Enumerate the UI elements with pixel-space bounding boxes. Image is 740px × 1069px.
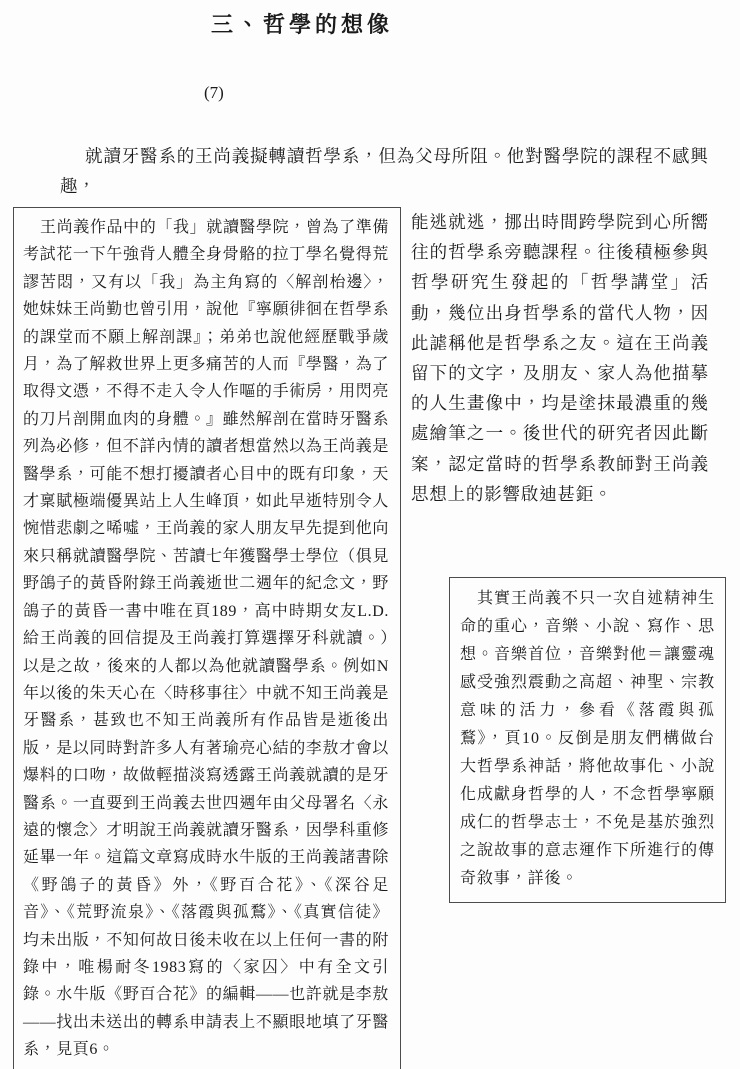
document-page: 三、哲學的想像 (7) 就讀牙醫系的王尚義擬轉讀哲學系，但為父母所阻。他對醫學院… bbox=[0, 0, 740, 1069]
page-title: 三、哲學的想像 bbox=[0, 8, 740, 39]
section-number: (7) bbox=[204, 83, 740, 103]
left-note-text: 王尚義作品中的「我」就讀醫學院，曾為了準備考試花一下午強背人體全身骨骼的拉丁學名… bbox=[23, 214, 389, 1064]
body-continuation: 能逃就逃，挪出時間跨學院到心所嚮往的哲學系旁聽課程。往後積極參與哲學研究生發起的… bbox=[411, 207, 709, 509]
intro-paragraph: 就讀牙醫系的王尚義擬轉讀哲學系，但為父母所阻。他對醫學院的課程不感興趣， bbox=[60, 141, 708, 201]
two-column-area: 王尚義作品中的「我」就讀醫學院，曾為了準備考試花一下午強背人體全身骨骼的拉丁學名… bbox=[13, 207, 740, 1069]
left-note-box: 王尚義作品中的「我」就讀醫學院，曾為了準備考試花一下午強背人體全身骨骼的拉丁學名… bbox=[13, 207, 401, 1069]
right-note-text: 其實王尚義不只一次自述精神生命的重心，音樂、小說、寫作、思想。音樂首位，音樂對他… bbox=[460, 585, 715, 893]
right-column: 能逃就逃，挪出時間跨學院到心所嚮往的哲學系旁聽課程。往後積極參與哲學研究生發起的… bbox=[401, 207, 740, 903]
right-note-box: 其實王尚義不只一次自述精神生命的重心，音樂、小說、寫作、思想。音樂首位，音樂對他… bbox=[449, 577, 726, 903]
